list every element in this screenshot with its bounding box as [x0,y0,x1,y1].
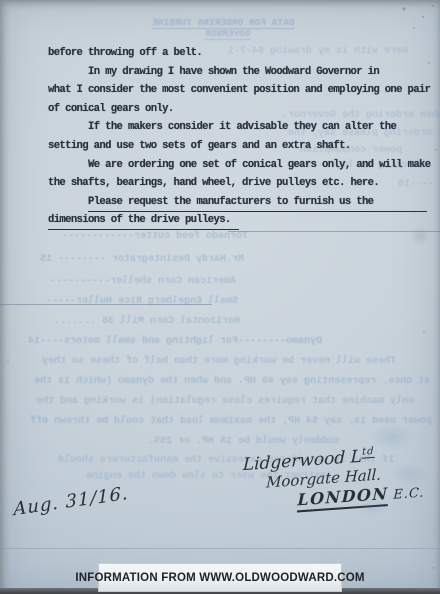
typed-line: setting and use two sets of gears and an… [48,137,432,156]
typed-line: of conical gears only. [48,100,432,119]
bleedthrough-line: at once, representing say 40 HP. and whe… [34,376,430,387]
bleedthrough-line: power used is, say 54 HP, the maximum lo… [30,416,432,427]
bleedthrough-line: American Corn sheller---------- [50,276,236,287]
company-suffix-text: td [362,446,375,459]
handwritten-region: E.C. [393,485,425,502]
watermark-banner-text: INFORMATION FROM WWW.OLDWOODWARD.COM [75,572,364,584]
bleedthrough-line: GOVERNOR [205,28,251,40]
typed-line: what I consider the most convenient posi… [48,81,432,100]
typed-line: before throwing off a belt. [48,44,432,63]
bleedthrough-line: Horizontal Corn Mill 36 ....... [54,316,240,327]
bleedthrough-line: suddenly would be 18 HP. or 25%. [148,436,340,447]
bleedthrough-line: Tornado feed cutter------------ [62,231,248,242]
paper-edge-line [0,548,440,549]
typed-letter-body: before throwing off a belt.In my drawing… [48,44,432,230]
typed-line: Please request the manufacturers to furn… [48,193,432,212]
handwritten-address: Lidgerwood Ltd Moorgate Hall. LONDONE.C. [236,443,425,514]
bleedthrough-line: only machine that requires close regulat… [36,396,414,407]
bleedthrough-line: Small Engelberg Rice Huller----- [46,296,238,307]
scratch-mark [0,304,212,305]
handwritten-date: Aug. 31/16. [13,483,129,520]
typed-line: dimensions of the drive pulleys. [48,211,432,230]
typed-line: In my drawing I have shown the Woodward … [48,63,432,82]
scratch-mark [228,231,440,232]
bleedthrough-line: Mr.Hardy Desintegrator -------- 15 [40,254,244,265]
bleedthrough-line: These will never be working more than ha… [42,356,396,367]
typed-line: the shafts, bearings, hand wheel, drive … [48,174,432,193]
bleedthrough-line: Dynamo--------For lighting and small mot… [28,336,322,347]
typed-line: We are ordering one set of conical gears… [48,156,432,175]
bleedthrough-line: DATA FOR ORDERING TURBINE [152,17,295,29]
scanned-letter-page: DATA FOR ORDERING TURBINEGOVERNORHere wi… [0,0,440,594]
typed-line: If the makers consider it advisable they… [48,118,432,137]
watermark-banner: INFORMATION FROM WWW.OLDWOODWARD.COM [98,563,342,592]
